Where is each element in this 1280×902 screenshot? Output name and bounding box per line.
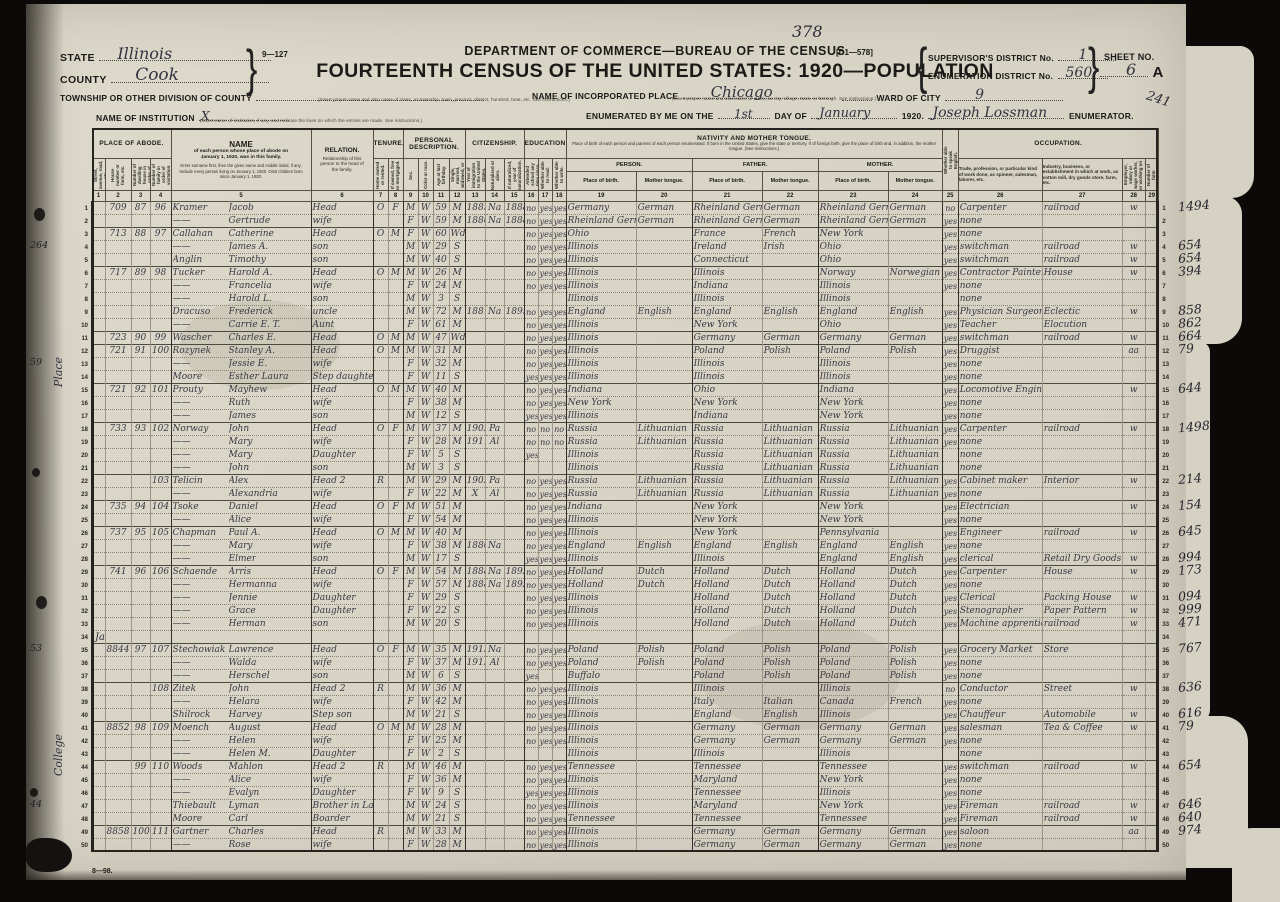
cell-family-number — [150, 800, 171, 813]
cell-naturalization-year — [504, 644, 524, 657]
row-number-right: 21 — [1158, 462, 1174, 475]
cell-farm — [1145, 787, 1158, 800]
cell-dwelling-number — [131, 410, 150, 423]
cell-write: yes — [552, 813, 566, 826]
cell-home-owned: O — [373, 423, 388, 436]
cell-mother-tongue: Polish — [888, 670, 942, 683]
cell-home-owned — [373, 631, 388, 644]
cell-read: yes — [538, 826, 552, 839]
cell-marital: M — [449, 566, 465, 579]
cell-mother-tongue — [888, 761, 942, 774]
cell-marital: S — [449, 462, 465, 475]
cell-marital: Wd — [449, 332, 465, 345]
row-number-right: 29 — [1158, 566, 1174, 579]
cell-mother-tongue: English — [888, 306, 942, 319]
cell-father-birthplace: New York — [692, 514, 762, 527]
cell-family-number — [150, 254, 171, 267]
cell-english: yes — [942, 540, 958, 553]
cell-street — [92, 319, 105, 332]
cell-immigration-year — [465, 384, 485, 397]
cell-english: yes — [942, 280, 958, 293]
cell-street — [92, 579, 105, 592]
cell-family-number: 104 — [150, 501, 171, 514]
cell-relation: wife — [311, 436, 373, 449]
cell-english: yes — [942, 371, 958, 384]
cell-name: ——Herman — [171, 618, 311, 631]
cell-naturalization-year — [504, 839, 524, 852]
cell-school: yes — [524, 787, 538, 800]
cell-home-owned: O — [373, 202, 388, 215]
column-number: 25 — [942, 191, 958, 202]
cell-mortgage — [388, 293, 403, 306]
cell-person-birthplace: Germany — [566, 202, 636, 215]
cell-dwelling-number — [131, 787, 150, 800]
cell-father-tongue — [762, 267, 818, 280]
cell-color: W — [418, 410, 433, 423]
cell-mortgage — [388, 241, 403, 254]
cell-father-tongue: Lithuanian — [762, 475, 818, 488]
cell-person-tongue — [636, 748, 692, 761]
cell-mother-birthplace: Germany — [818, 826, 888, 839]
cell-read: yes — [538, 644, 552, 657]
cell-home-owned — [373, 319, 388, 332]
cell-farm — [1145, 345, 1158, 358]
column-number: 7 — [373, 191, 388, 202]
cell-house-number — [105, 605, 131, 618]
surname: Zitek — [173, 684, 229, 695]
cell-dwelling-number — [131, 800, 150, 813]
cell-naturalization-year — [504, 293, 524, 306]
cell-age: 36 — [433, 774, 449, 787]
cell-marital: M — [449, 215, 465, 228]
cell-relation: wife — [311, 774, 373, 787]
cell-mother-tongue: Lithuanian — [888, 462, 942, 475]
column-marital-status: Single, married, widowed, or divorced. — [449, 159, 465, 191]
cell-home-owned — [373, 774, 388, 787]
cell-name: NorwayJohn — [171, 423, 311, 436]
cell-name: ——Helen M. — [171, 748, 311, 761]
cell-read: yes — [538, 371, 552, 384]
cell-employer: w — [1122, 683, 1145, 696]
cell-house-number — [105, 579, 131, 592]
cell-father-tongue: Dutch — [762, 579, 818, 592]
cell-naturalization-year — [504, 631, 524, 644]
cell-family-number — [150, 657, 171, 670]
cell-trade: none — [958, 358, 1042, 371]
cell-sex: F — [403, 397, 418, 410]
cell-marital: S — [449, 553, 465, 566]
cell-write: yes — [552, 644, 566, 657]
cell-person-tongue: Polish — [636, 657, 692, 670]
cell-father-tongue — [762, 319, 818, 332]
row-number-right: 46 — [1158, 787, 1174, 800]
row-number-right: 22 — [1158, 475, 1174, 488]
cell-dwelling-number — [131, 592, 150, 605]
cell-person-tongue — [636, 228, 692, 241]
cell-color: W — [418, 618, 433, 631]
cell-farm — [1145, 761, 1158, 774]
supervisor-value: 1 — [1078, 47, 1087, 63]
cell-industry: railroad — [1042, 423, 1122, 436]
cell-school: no — [524, 618, 538, 631]
cell-mother-tongue — [888, 631, 942, 644]
cell-name: StechowiakLawrence — [171, 644, 311, 657]
cell-mother-birthplace: Poland — [818, 345, 888, 358]
cell-employer: w — [1122, 241, 1145, 254]
cell-immigration-year: 1880 — [465, 540, 485, 553]
cell-age: 6 — [433, 670, 449, 683]
cell-english — [942, 748, 958, 761]
cell-naturalized — [485, 345, 504, 358]
given-name: James — [229, 411, 256, 422]
cell-dwelling-number: 89 — [131, 267, 150, 280]
cell-immigration-year — [465, 514, 485, 527]
cell-age: 24 — [433, 800, 449, 813]
cell-mortgage: M — [388, 228, 403, 241]
cell-person-birthplace: Holland — [566, 566, 636, 579]
given-name: Timothy — [229, 255, 266, 266]
cell-school: no — [524, 228, 538, 241]
cell-father-tongue: Italian — [762, 696, 818, 709]
cell-marital: S — [449, 293, 465, 306]
cell-marital: S — [449, 605, 465, 618]
cell-person-birthplace: Poland — [566, 657, 636, 670]
cell-person-birthplace: Illinois — [566, 605, 636, 618]
cell-trade: none — [958, 488, 1042, 501]
cell-home-owned: O — [373, 267, 388, 280]
cell-english: yes — [942, 527, 958, 540]
cell-dwelling-number: 95 — [131, 527, 150, 540]
cell-trade: none — [958, 228, 1042, 241]
cell-marital — [449, 631, 465, 644]
cell-name: MooreCarl — [171, 813, 311, 826]
cell-immigration-year — [465, 748, 485, 761]
cell-relation: Head — [311, 527, 373, 540]
cell-write: yes — [552, 384, 566, 397]
cell-person-tongue — [636, 462, 692, 475]
cell-relation: son — [311, 670, 373, 683]
cell-industry — [1042, 787, 1122, 800]
cell-mother-birthplace: Illinois — [818, 371, 888, 384]
cell-marital: M — [449, 501, 465, 514]
cell-relation: Step daughter — [311, 371, 373, 384]
cell-color: W — [418, 748, 433, 761]
cell-person-tongue — [636, 761, 692, 774]
cell-age: 22 — [433, 488, 449, 501]
surname: —— — [173, 411, 229, 422]
column-number: 20 — [636, 191, 692, 202]
cell-father-birthplace: England — [692, 306, 762, 319]
table-row: 45——AlicewifeFW36MnoyesyesIllinoisMaryla… — [78, 774, 1174, 787]
cell-read: yes — [538, 553, 552, 566]
cell-naturalization-year — [504, 774, 524, 787]
cell-school: no — [524, 683, 538, 696]
cell-sex: M — [403, 683, 418, 696]
cell-house-number: 723 — [105, 332, 131, 345]
cell-write: yes — [552, 722, 566, 735]
cell-street — [92, 514, 105, 527]
cell-family-number — [150, 696, 171, 709]
cell-family-number — [150, 553, 171, 566]
given-name: Charles E. — [229, 333, 276, 344]
column-age: Age at last birthday. — [433, 159, 449, 191]
cell-person-tongue: Lithuanian — [636, 423, 692, 436]
cell-trade: none — [958, 579, 1042, 592]
table-row: 30——HermannawifeFW57M1888Na1892noyesyesH… — [78, 579, 1174, 592]
cell-mother-tongue: German — [888, 202, 942, 215]
column-number: 29 — [1145, 191, 1158, 202]
cell-trade: Fireman — [958, 800, 1042, 813]
cell-industry — [1042, 631, 1122, 644]
cell-father-tongue: Polish — [762, 644, 818, 657]
row-number-left: 3 — [78, 228, 92, 241]
state-value: Illinois — [117, 44, 172, 63]
surname: —— — [173, 658, 229, 669]
row-number-right: 6 — [1158, 267, 1174, 280]
cell-farm — [1145, 748, 1158, 761]
enumerated-month: January — [819, 106, 870, 121]
name-desc: Enter surname first, then the given name… — [172, 162, 311, 168]
cell-person-tongue — [636, 410, 692, 423]
cell-naturalized — [485, 839, 504, 852]
column-number: 13 — [465, 191, 485, 202]
cell-farm — [1145, 553, 1158, 566]
cell-person-tongue: Polish — [636, 644, 692, 657]
surname: Thiebault — [173, 801, 229, 812]
cell-father-birthplace: Russia — [692, 488, 762, 501]
column-number: 6 — [311, 191, 373, 202]
cell-school: no — [524, 202, 538, 215]
cell-naturalization-year — [504, 228, 524, 241]
cell-street — [92, 436, 105, 449]
surname: Tsoke — [173, 502, 229, 513]
cell-mortgage — [388, 358, 403, 371]
cell-read: yes — [538, 618, 552, 631]
column-number: 16 — [524, 191, 538, 202]
cell-color — [418, 631, 433, 644]
cell-write: yes — [552, 761, 566, 774]
cell-mortgage: F — [388, 202, 403, 215]
cell-farm — [1145, 410, 1158, 423]
cell-mother-birthplace: Holland — [818, 618, 888, 631]
cell-name: ——Mary — [171, 449, 311, 462]
cell-mortgage — [388, 553, 403, 566]
cell-mortgage: F — [388, 501, 403, 514]
row-number-right: 37 — [1158, 670, 1174, 683]
cell-street — [92, 761, 105, 774]
column-number: 5 — [171, 191, 311, 202]
cell-color: W — [418, 735, 433, 748]
cell-person-tongue — [636, 267, 692, 280]
given-name: Charles — [229, 827, 264, 838]
cell-house-number — [105, 215, 131, 228]
sheet-letter: A — [1152, 64, 1163, 81]
cell-sex: F — [403, 696, 418, 709]
cell-mother-birthplace: Tennessee — [818, 813, 888, 826]
cell-immigration-year — [465, 345, 485, 358]
cell-name: ——Mary — [171, 436, 311, 449]
page-number-scribble: 378 — [792, 22, 823, 41]
cell-mother-tongue: Dutch — [888, 618, 942, 631]
cell-mother-birthplace: Tennessee — [818, 761, 888, 774]
cell-write: yes — [552, 267, 566, 280]
cell-farm — [1145, 670, 1158, 683]
surname: —— — [173, 515, 229, 526]
cell-home-owned — [373, 488, 388, 501]
cell-industry — [1042, 501, 1122, 514]
cell-person-birthplace: Buffalo — [566, 670, 636, 683]
cell-write: yes — [552, 475, 566, 488]
row-number-right: 3 — [1158, 228, 1174, 241]
row-number-left: 33 — [78, 618, 92, 631]
cell-write: yes — [552, 306, 566, 319]
cell-person-tongue — [636, 501, 692, 514]
cell-naturalization-year — [504, 241, 524, 254]
cell-school: no — [524, 735, 538, 748]
cell-school: no — [524, 514, 538, 527]
cell-father-birthplace: Holland — [692, 566, 762, 579]
given-name: John — [229, 424, 250, 435]
cell-family-number — [150, 397, 171, 410]
table-row: 32——GraceDaughterFW22SnoyesyesIllinoisHo… — [78, 605, 1174, 618]
cell-name: TuckerHarold A. — [171, 267, 311, 280]
cell-person-birthplace: Illinois — [566, 683, 636, 696]
row-number-right: 24 — [1158, 501, 1174, 514]
cell-school: no — [524, 475, 538, 488]
cell-naturalized — [485, 527, 504, 540]
surname: —— — [173, 840, 229, 851]
cell-color: W — [418, 436, 433, 449]
cell-read — [538, 670, 552, 683]
cell-home-owned — [373, 709, 388, 722]
cell-sex: M — [403, 722, 418, 735]
cell-english: yes — [942, 579, 958, 592]
cell-immigration-year — [465, 631, 485, 644]
cell-employer — [1122, 410, 1145, 423]
cell-read — [538, 748, 552, 761]
cell-dwelling-number: 91 — [131, 345, 150, 358]
cell-naturalized: Na — [485, 202, 504, 215]
cell-father-birthplace: Germany — [692, 826, 762, 839]
cell-write: yes — [552, 735, 566, 748]
cell-mother-birthplace: Holland — [818, 566, 888, 579]
cell-name: ——Herschel — [171, 670, 311, 683]
given-name: Rose — [229, 840, 251, 851]
cell-sex: F — [403, 839, 418, 852]
cell-house-number — [105, 631, 131, 644]
cell-father-birthplace: Illinois — [692, 683, 762, 696]
cell-marital: S — [449, 592, 465, 605]
cell-dwelling-number — [131, 306, 150, 319]
cell-person-birthplace: Illinois — [566, 358, 636, 371]
cell-trade: Clerical — [958, 592, 1042, 605]
cell-street — [92, 371, 105, 384]
enumerated-month-fill: January — [811, 118, 897, 119]
cell-mother-tongue: Dutch — [888, 566, 942, 579]
cell-mother-tongue — [888, 787, 942, 800]
cell-dwelling-number — [131, 319, 150, 332]
cell-naturalization-year: 1895 — [504, 306, 524, 319]
cell-farm — [1145, 423, 1158, 436]
cell-color: W — [418, 488, 433, 501]
table-row: 23——AlexandriawifeFW22MXAlnoyesyesRussia… — [78, 488, 1174, 501]
cell-farm — [1145, 657, 1158, 670]
cell-marital: M — [449, 436, 465, 449]
cell-farm — [1145, 514, 1158, 527]
table-row: 4——James A.sonMW29SnoyesyesIllinoisIrela… — [78, 241, 1174, 254]
county-label: COUNTY — [60, 74, 107, 86]
cell-age: 57 — [433, 579, 449, 592]
cell-person-tongue — [636, 813, 692, 826]
cell-house-number — [105, 462, 131, 475]
cell-father-birthplace: Germany — [692, 735, 762, 748]
cell-family-number: 103 — [150, 475, 171, 488]
cell-trade: none — [958, 774, 1042, 787]
cell-naturalized: Na — [485, 566, 504, 579]
surname: —— — [173, 788, 229, 799]
cell-family-number — [150, 839, 171, 852]
cell-street — [92, 748, 105, 761]
cell-immigration-year — [465, 709, 485, 722]
cell-street — [92, 449, 105, 462]
cell-house-number — [105, 436, 131, 449]
cell-industry — [1042, 839, 1122, 852]
cell-family-number: 111 — [150, 826, 171, 839]
cell-trade: Machine apprentice — [958, 618, 1042, 631]
surname: —— — [173, 554, 229, 565]
given-name: Walda — [229, 658, 257, 669]
cell-person-birthplace: Illinois — [566, 449, 636, 462]
column-number: 23 — [818, 191, 888, 202]
cell-father-birthplace: Rheinland Germany — [692, 202, 762, 215]
cell-employer — [1122, 371, 1145, 384]
cell-family-number — [150, 293, 171, 306]
table-row: 40ShilrockHarveyStep sonMW21SnoyesyesIll… — [78, 709, 1174, 722]
cell-industry: railroad — [1042, 800, 1122, 813]
cell-person-tongue — [636, 631, 692, 644]
cell-english: yes — [942, 306, 958, 319]
given-name: Carrie E. T. — [229, 320, 281, 331]
cell-person-tongue: Dutch — [636, 579, 692, 592]
cell-mother-birthplace: Germany — [818, 839, 888, 852]
cell-read: yes — [538, 228, 552, 241]
cell-color: W — [418, 332, 433, 345]
surname: Callahan — [173, 229, 229, 240]
subcol-person-birthplace: Place of birth. — [566, 172, 636, 191]
cell-immigration-year — [465, 813, 485, 826]
subcol-mother-birthplace: Place of birth. — [818, 172, 888, 191]
cell-age: 9 — [433, 787, 449, 800]
cell-write: yes — [552, 241, 566, 254]
cell-family-number — [150, 319, 171, 332]
cell-school: no — [524, 826, 538, 839]
cell-age: 28 — [433, 722, 449, 735]
cell-person-birthplace: Illinois — [566, 800, 636, 813]
cell-naturalized — [485, 267, 504, 280]
cell-school: no — [524, 709, 538, 722]
cell-mortgage — [388, 488, 403, 501]
cell-write: yes — [552, 774, 566, 787]
cell-mother-birthplace: Poland — [818, 670, 888, 683]
cell-home-owned: O — [373, 501, 388, 514]
group-place-of-abode: PLACE OF ABODE. — [92, 129, 171, 159]
cell-trade: none — [958, 462, 1042, 475]
cell-mother-birthplace — [818, 631, 888, 644]
cell-read: yes — [538, 592, 552, 605]
cell-school: no — [524, 345, 538, 358]
cell-immigration-year — [465, 280, 485, 293]
cell-marital: M — [449, 397, 465, 410]
